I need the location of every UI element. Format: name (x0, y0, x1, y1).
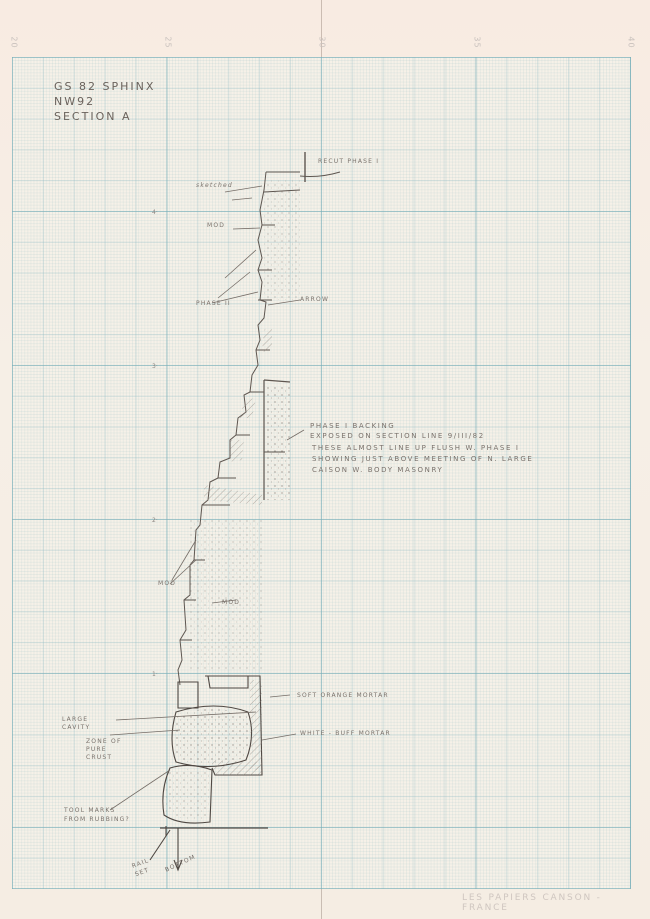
note-orange-mortar: SOFT ORANGE MORTAR (297, 692, 389, 699)
note-phase-ii: PHASE II (196, 300, 231, 307)
note-white-mortar: WHITE - BUFF MORTAR (300, 730, 391, 737)
note-tool-marks: TOOL MARKS FROM RUBBING? (64, 806, 134, 824)
graph-paper-sheet: 20 25 30 35 40 GS 82 SPHINX NW92 SECTION… (0, 0, 650, 919)
note-mod-top: MOD (207, 222, 225, 229)
note-zone-crust: ZONE OF PURE CRUST (86, 738, 136, 762)
note-backing-line1: EXPOSED ON SECTION LINE 9/iii/82 (310, 430, 485, 442)
note-backing-line4: CAISON W. BODY MASONRY (312, 464, 443, 476)
note-arrow: ARROW (300, 296, 329, 303)
note-large-cavity: LARGE CAVITY (62, 716, 102, 732)
note-recut-phase: RECUT PHASE I (318, 158, 379, 165)
note-sketched: sketched (196, 182, 233, 189)
note-mod-left: MOD (158, 580, 176, 587)
note-mod-right: MOD (222, 599, 240, 606)
paper-brand-footer: LES PAPIERS CANSON - FRANCE (462, 893, 650, 913)
